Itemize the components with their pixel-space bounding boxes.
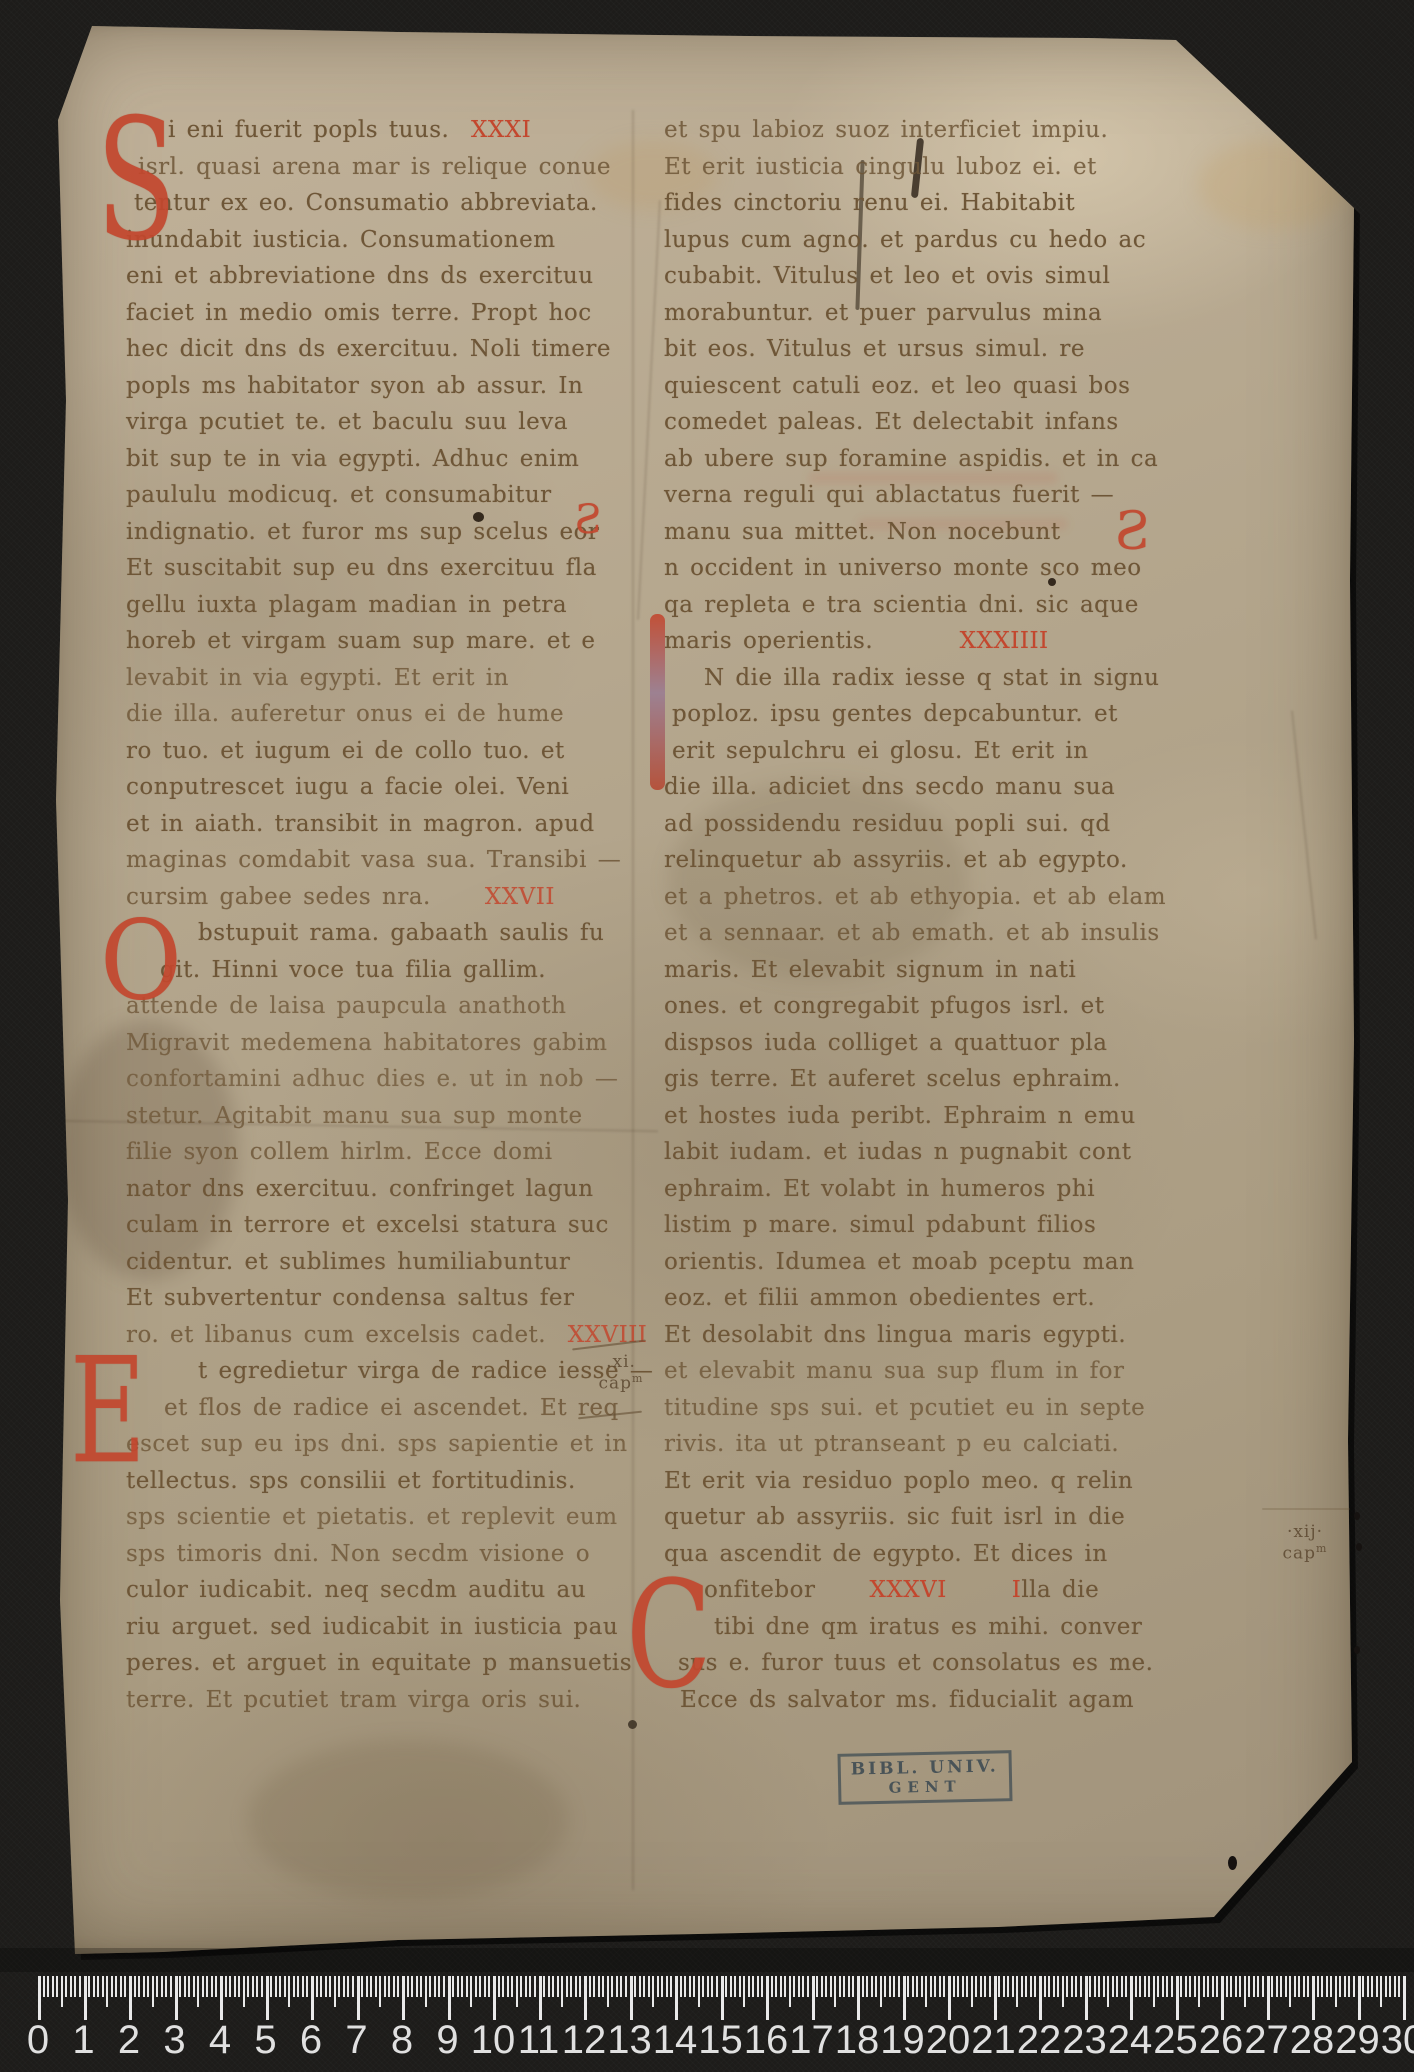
- ruler-tick-mm: [1053, 1976, 1055, 1997]
- ruler-tick-mm: [848, 1976, 850, 1997]
- ruler-tick-mm: [834, 1976, 836, 2007]
- ruler-tick-mm: [839, 1976, 841, 1997]
- ruler-tick-mm: [707, 1976, 709, 1997]
- ruler-tick-mm: [1321, 1976, 1323, 1997]
- ruler-tick-mm: [1262, 1976, 1264, 1997]
- ruler-tick-mm: [407, 1976, 409, 1997]
- ruler-tick-mm: [543, 1976, 545, 1997]
- ruler-tick-cm: [1130, 1976, 1133, 2020]
- ruler-number: 1: [72, 2018, 94, 2063]
- ruler-number: 24: [1108, 2018, 1153, 2063]
- ruler-number: 8: [391, 2018, 413, 2063]
- ruler-tick-mm: [525, 1976, 527, 1997]
- ruler-tick-mm: [211, 1976, 213, 1997]
- ruler-tick-mm: [384, 1976, 386, 1997]
- ruler-tick-mm: [1025, 1976, 1027, 1997]
- ruler-tick-cm: [721, 1976, 724, 2020]
- ruler-number: 10: [471, 2018, 516, 2063]
- ruler-tick-mm: [771, 1976, 773, 1997]
- ruler-tick-mm: [370, 1976, 372, 1997]
- ruler-tick-cm: [311, 1976, 314, 2020]
- ruler-tick-mm: [106, 1976, 108, 2007]
- ruler-tick-mm: [843, 1976, 845, 1997]
- ruler-tick-mm: [593, 1976, 595, 1997]
- ruler-tick-mm: [748, 1976, 750, 1997]
- ruler-tick-mm: [953, 1976, 955, 1997]
- ruler-tick-mm: [962, 1976, 964, 1997]
- ruler-tick-cm: [994, 1976, 997, 2020]
- ruler-tick-mm: [925, 1976, 927, 2007]
- ruler-tick-mm: [229, 1976, 231, 1997]
- ruler-tick-mm: [520, 1976, 522, 1997]
- ruler-tick-mm: [206, 1976, 208, 1997]
- ruler-tick-mm: [1344, 1976, 1346, 1997]
- ruler-tick-mm: [711, 1976, 713, 1997]
- ruler-tick-mm: [1075, 1976, 1077, 1997]
- ruler-tick-mm: [570, 1976, 572, 1997]
- ruler-tick-mm: [1125, 1976, 1127, 1997]
- ruler-tick-mm: [293, 1976, 295, 1997]
- ruler-number: 28: [1290, 2018, 1335, 2063]
- ruler-tick-mm: [466, 1976, 468, 1997]
- ruler-tick-mm: [657, 1976, 659, 1997]
- ruler-number: 29: [1335, 2018, 1380, 2063]
- ruler-tick-cm: [1358, 1976, 1361, 2020]
- ruler-tick-mm: [147, 1976, 149, 1997]
- ruler-tick-mm: [197, 1976, 199, 2007]
- ruler-tick-mm: [479, 1976, 481, 1997]
- ruler-tick-mm: [1376, 1976, 1378, 1997]
- ruler-tick-mm: [1271, 1976, 1273, 1997]
- ruler-tick-mm: [579, 1976, 581, 1997]
- ruler-tick-cm: [493, 1976, 496, 2020]
- ruler-tick-cm: [1267, 1976, 1270, 2020]
- ruler-number: 11: [518, 2018, 560, 2063]
- ruler-tick-mm: [793, 1976, 795, 1997]
- ruler-tick-mm: [1185, 1976, 1187, 1997]
- ruler-tick-mm: [152, 1976, 154, 2007]
- ruler-tick-mm: [739, 1976, 741, 1997]
- ruler-tick-mm: [161, 1976, 163, 1997]
- ruler-tick-mm: [438, 1976, 440, 1997]
- ruler-tick-mm: [784, 1976, 786, 1997]
- ruler-tick-mm: [225, 1976, 227, 1997]
- ruler-tick-mm: [452, 1976, 454, 1997]
- ruler-number: 13: [607, 2018, 652, 2063]
- ruler-tick-mm: [320, 1976, 322, 1997]
- ruler-tick-mm: [1094, 1976, 1096, 1997]
- ruler-tick-mm: [420, 1976, 422, 1997]
- ruler: 0123456789101112131415161718192021222324…: [0, 0, 1414, 2072]
- ruler-tick-mm: [607, 1976, 609, 2007]
- ruler-tick-mm: [1367, 1976, 1369, 1997]
- ruler-tick-mm: [1071, 1976, 1073, 1997]
- ruler-tick-mm: [716, 1976, 718, 1997]
- ruler-tick-mm: [411, 1976, 413, 1997]
- ruler-tick-mm: [379, 1976, 381, 2007]
- ruler-tick-mm: [930, 1976, 932, 1997]
- ruler-tick-mm: [757, 1976, 759, 1997]
- ruler-tick-cm: [448, 1976, 451, 2020]
- ruler-tick-mm: [862, 1976, 864, 1997]
- ruler-tick-mm: [488, 1976, 490, 1997]
- ruler-tick-cm: [38, 1976, 41, 2020]
- ruler-tick-mm: [639, 1976, 641, 1997]
- ruler-tick-mm: [966, 1976, 968, 1997]
- ruler-tick-mm: [1326, 1976, 1328, 1997]
- ruler-tick-cm: [1085, 1976, 1088, 2020]
- ruler-tick-mm: [939, 1976, 941, 1997]
- ruler-tick-mm: [1285, 1976, 1287, 1997]
- ruler-tick-mm: [1203, 1976, 1205, 1997]
- ruler-tick-mm: [698, 1976, 700, 2007]
- ruler-tick-mm: [1317, 1976, 1319, 1997]
- ruler-tick-mm: [215, 1976, 217, 1997]
- ruler-tick-mm: [1335, 1976, 1337, 2007]
- ruler-tick-mm: [1062, 1976, 1064, 2007]
- ruler-tick-mm: [179, 1976, 181, 1997]
- ruler-tick-mm: [47, 1976, 49, 1997]
- ruler-tick-mm: [1253, 1976, 1255, 1997]
- ruler-tick-cm: [266, 1976, 269, 2020]
- ruler-tick-mm: [279, 1976, 281, 1997]
- ruler-tick-mm: [366, 1976, 368, 1997]
- ruler-tick-mm: [866, 1976, 868, 1997]
- ruler-tick-mm: [243, 1976, 245, 2007]
- ruler-tick-mm: [1348, 1976, 1350, 1997]
- ruler-tick-cm: [1221, 1976, 1224, 2020]
- ruler-tick-mm: [1048, 1976, 1050, 1997]
- ruler-tick-mm: [693, 1976, 695, 1997]
- ruler-tick-mm: [761, 1976, 763, 1997]
- ruler-tick-mm: [893, 1976, 895, 1997]
- ruler-tick-mm: [70, 1976, 72, 1997]
- ruler-tick-mm: [188, 1976, 190, 1997]
- ruler-number: 0: [27, 2018, 49, 2063]
- ruler-number: 14: [653, 2018, 698, 2063]
- ruler-tick-mm: [680, 1976, 682, 1997]
- ruler-tick-mm: [1207, 1976, 1209, 1997]
- ruler-tick-mm: [284, 1976, 286, 1997]
- ruler-number: 9: [436, 2018, 458, 2063]
- ruler-tick-mm: [821, 1976, 823, 1997]
- ruler-number: 23: [1062, 2018, 1107, 2063]
- ruler-tick-mm: [1030, 1976, 1032, 1997]
- ruler-tick-mm: [907, 1976, 909, 1997]
- ruler-tick-mm: [1021, 1976, 1023, 1997]
- ruler-tick-mm: [134, 1976, 136, 1997]
- ruler-tick-mm: [507, 1976, 509, 1997]
- ruler-tick-mm: [1294, 1976, 1296, 1997]
- ruler-tick-mm: [156, 1976, 158, 1997]
- ruler-tick-mm: [270, 1976, 272, 1997]
- ruler-tick-mm: [234, 1976, 236, 1997]
- ruler-tick-mm: [1371, 1976, 1373, 1997]
- ruler-number: 3: [163, 2018, 185, 2063]
- ruler-tick-cm: [812, 1976, 815, 2020]
- ruler-tick-mm: [74, 1976, 76, 1997]
- ruler-tick-mm: [238, 1976, 240, 1997]
- ruler-tick-mm: [1230, 1976, 1232, 1997]
- ruler-tick-mm: [470, 1976, 472, 2007]
- ruler-tick-mm: [1116, 1976, 1118, 1997]
- ruler-tick-mm: [971, 1976, 973, 2007]
- ruler-tick-mm: [1153, 1976, 1155, 2007]
- ruler-tick-mm: [165, 1976, 167, 1997]
- ruler-tick-mm: [689, 1976, 691, 1997]
- ruler-tick-cm: [675, 1976, 678, 2020]
- ruler-number: 6: [300, 2018, 322, 2063]
- ruler-tick-cm: [220, 1976, 223, 2020]
- ruler-tick-mm: [516, 1976, 518, 2007]
- ruler-tick-mm: [56, 1976, 58, 1997]
- ruler-tick-mm: [457, 1976, 459, 1997]
- ruler-tick-mm: [306, 1976, 308, 1997]
- ruler-tick-mm: [943, 1976, 945, 1997]
- ruler-tick-mm: [484, 1976, 486, 1997]
- ruler-number: 17: [789, 2018, 834, 2063]
- ruler-tick-mm: [1212, 1976, 1214, 1997]
- ruler-tick-mm: [1007, 1976, 1009, 1997]
- ruler-number: 26: [1199, 2018, 1244, 2063]
- ruler-number: 7: [345, 2018, 367, 2063]
- ruler-tick-mm: [1003, 1976, 1005, 1997]
- ruler-tick-mm: [1189, 1976, 1191, 1997]
- ruler-tick-mm: [1089, 1976, 1091, 1997]
- ruler-tick-cm: [402, 1976, 405, 2020]
- ruler-tick-mm: [97, 1976, 99, 1997]
- ruler-tick-mm: [1144, 1976, 1146, 1997]
- ruler-tick-mm: [780, 1976, 782, 1997]
- ruler-tick-mm: [120, 1976, 122, 1997]
- photo-background: i eni fuerit popls tuus. XXXIisrl. quasi…: [0, 0, 1414, 2072]
- ruler-tick-mm: [625, 1976, 627, 1997]
- ruler-number: 22: [1017, 2018, 1062, 2063]
- ruler-tick-mm: [643, 1976, 645, 1997]
- ruler-tick-mm: [302, 1976, 304, 1997]
- ruler-tick-mm: [498, 1976, 500, 1997]
- ruler-tick-mm: [980, 1976, 982, 1997]
- ruler-tick-mm: [193, 1976, 195, 1997]
- ruler-tick-mm: [1257, 1976, 1259, 1997]
- ruler-tick-mm: [816, 1976, 818, 1997]
- ruler-tick-mm: [620, 1976, 622, 1997]
- ruler-tick-mm: [734, 1976, 736, 1997]
- ruler-tick-mm: [798, 1976, 800, 1997]
- ruler-tick-mm: [502, 1976, 504, 1997]
- ruler-tick-mm: [1226, 1976, 1228, 1997]
- ruler-tick-mm: [529, 1976, 531, 1997]
- ruler-tick-mm: [775, 1976, 777, 1997]
- ruler-tick-mm: [802, 1976, 804, 1997]
- ruler-tick-mm: [611, 1976, 613, 1997]
- ruler-tick-mm: [1016, 1976, 1018, 2007]
- ruler-tick-mm: [561, 1976, 563, 2007]
- ruler-tick-mm: [1180, 1976, 1182, 1997]
- ruler-tick-mm: [1389, 1976, 1391, 1997]
- ruler-tick-mm: [1276, 1976, 1278, 1997]
- ruler-tick-mm: [1034, 1976, 1036, 1997]
- ruler-tick-mm: [102, 1976, 104, 1997]
- ruler-number: 15: [698, 2018, 743, 2063]
- ruler-number: 18: [835, 2018, 880, 2063]
- ruler-tick-mm: [1198, 1976, 1200, 2007]
- ruler-tick-mm: [65, 1976, 67, 1997]
- ruler-tick-mm: [666, 1976, 668, 1997]
- ruler-tick-mm: [170, 1976, 172, 1997]
- ruler-tick-mm: [575, 1976, 577, 1997]
- ruler-tick-mm: [921, 1976, 923, 1997]
- ruler-tick-mm: [1339, 1976, 1341, 1997]
- ruler-tick-mm: [297, 1976, 299, 1997]
- ruler-tick-mm: [1244, 1976, 1246, 2007]
- ruler-tick-mm: [616, 1976, 618, 1997]
- ruler-tick-mm: [1080, 1976, 1082, 1997]
- ruler-tick-mm: [884, 1976, 886, 1997]
- ruler-tick-mm: [1098, 1976, 1100, 1997]
- ruler-tick-mm: [334, 1976, 336, 2007]
- ruler-tick-cm: [584, 1976, 587, 2020]
- ruler-tick-mm: [184, 1976, 186, 1997]
- ruler-tick-mm: [752, 1976, 754, 1997]
- ruler-tick-mm: [789, 1976, 791, 2007]
- ruler-tick-mm: [589, 1976, 591, 1997]
- ruler-tick-mm: [912, 1976, 914, 1997]
- ruler-tick-mm: [1248, 1976, 1250, 1997]
- ruler-tick-mm: [252, 1976, 254, 1997]
- ruler-tick-mm: [202, 1976, 204, 1997]
- ruler-tick-mm: [343, 1976, 345, 1997]
- ruler-tick-mm: [598, 1976, 600, 1997]
- ruler-number: 20: [926, 2018, 971, 2063]
- ruler-tick-mm: [1139, 1976, 1141, 1997]
- ruler-tick-mm: [957, 1976, 959, 1997]
- ruler-tick-mm: [1330, 1976, 1332, 1997]
- ruler-tick-mm: [111, 1976, 113, 1997]
- ruler-tick-mm: [475, 1976, 477, 1997]
- ruler-tick-mm: [511, 1976, 513, 1997]
- ruler-tick-mm: [1194, 1976, 1196, 1997]
- ruler-tick-mm: [1303, 1976, 1305, 1997]
- ruler-number: 5: [254, 2018, 276, 2063]
- ruler-tick-mm: [375, 1976, 377, 1997]
- ruler-number: 21: [971, 2018, 1016, 2063]
- ruler-tick-mm: [143, 1976, 145, 1997]
- ruler-tick-mm: [552, 1976, 554, 1997]
- ruler-tick-cm: [1403, 1976, 1406, 2020]
- ruler-tick-cm: [766, 1976, 769, 2020]
- ruler-number: 4: [209, 2018, 231, 2063]
- ruler-tick-mm: [998, 1976, 1000, 1997]
- ruler-tick-mm: [880, 1976, 882, 2007]
- ruler-tick-mm: [138, 1976, 140, 1997]
- ruler-tick-mm: [852, 1976, 854, 1997]
- ruler-tick-mm: [916, 1976, 918, 1997]
- ruler-tick-mm: [743, 1976, 745, 2007]
- ruler-tick-mm: [52, 1976, 54, 1997]
- ruler-tick-mm: [1280, 1976, 1282, 1997]
- ruler-tick-mm: [1166, 1976, 1168, 1997]
- ruler-tick-mm: [725, 1976, 727, 1997]
- ruler-tick-mm: [443, 1976, 445, 1997]
- ruler-tick-mm: [1235, 1976, 1237, 1997]
- ruler-tick-mm: [338, 1976, 340, 1997]
- ruler-number: 12: [562, 2018, 607, 2063]
- ruler-tick-mm: [557, 1976, 559, 1997]
- ruler-tick-cm: [129, 1976, 132, 2020]
- ruler-tick-mm: [316, 1976, 318, 1997]
- ruler-tick-mm: [652, 1976, 654, 2007]
- ruler-tick-cm: [84, 1976, 87, 2020]
- ruler-tick-mm: [352, 1976, 354, 1997]
- ruler-tick-mm: [1103, 1976, 1105, 1997]
- ruler-tick-mm: [43, 1976, 45, 1997]
- ruler-tick-mm: [975, 1976, 977, 1997]
- ruler-tick-mm: [93, 1976, 95, 1997]
- ruler-tick-mm: [1362, 1976, 1364, 1997]
- ruler-tick-mm: [247, 1976, 249, 1997]
- ruler-tick-mm: [1385, 1976, 1387, 1997]
- ruler-tick-mm: [1307, 1976, 1309, 1997]
- ruler-tick-mm: [275, 1976, 277, 1997]
- ruler-tick-mm: [702, 1976, 704, 1997]
- ruler-tick-mm: [875, 1976, 877, 1997]
- ruler-number: 2: [118, 2018, 140, 2063]
- ruler-tick-cm: [539, 1976, 542, 2020]
- ruler-tick-mm: [1066, 1976, 1068, 1997]
- ruler-tick-mm: [1289, 1976, 1291, 2007]
- ruler-tick-mm: [1057, 1976, 1059, 1997]
- ruler-tick-mm: [1398, 1976, 1400, 1997]
- ruler-tick-mm: [602, 1976, 604, 1997]
- ruler-tick-mm: [825, 1976, 827, 1997]
- ruler-tick-mm: [534, 1976, 536, 1997]
- ruler-tick-mm: [1107, 1976, 1109, 2007]
- ruler-tick-mm: [684, 1976, 686, 1997]
- ruler-number: 25: [1153, 2018, 1198, 2063]
- ruler-tick-cm: [175, 1976, 178, 2020]
- ruler-number: 27: [1244, 2018, 1289, 2063]
- ruler-tick-mm: [1157, 1976, 1159, 1997]
- ruler-tick-mm: [1298, 1976, 1300, 1997]
- ruler-tick-mm: [256, 1976, 258, 1997]
- ruler-tick-mm: [807, 1976, 809, 1997]
- ruler-tick-cm: [1039, 1976, 1042, 2020]
- ruler-tick-mm: [1216, 1976, 1218, 1997]
- ruler-tick-mm: [984, 1976, 986, 1997]
- ruler-number: 19: [880, 2018, 925, 2063]
- ruler-number: 30: [1381, 2018, 1414, 2063]
- ruler-tick-mm: [461, 1976, 463, 1997]
- ruler-tick-cm: [948, 1976, 951, 2020]
- ruler-tick-mm: [989, 1976, 991, 1997]
- ruler-tick-mm: [393, 1976, 395, 1997]
- ruler-tick-cm: [357, 1976, 360, 2020]
- ruler-tick-mm: [661, 1976, 663, 1997]
- ruler-tick-mm: [1112, 1976, 1114, 1997]
- ruler-tick-mm: [1162, 1976, 1164, 1997]
- ruler-tick-mm: [1044, 1976, 1046, 1997]
- ruler-tick-mm: [88, 1976, 90, 1997]
- ruler-tick-mm: [566, 1976, 568, 1997]
- ruler-tick-mm: [1171, 1976, 1173, 1997]
- ruler-tick-mm: [388, 1976, 390, 1997]
- ruler-tick-cm: [903, 1976, 906, 2020]
- ruler-tick-mm: [934, 1976, 936, 1997]
- ruler-tick-mm: [898, 1976, 900, 1997]
- ruler-tick-mm: [115, 1976, 117, 1997]
- ruler-tick-cm: [1312, 1976, 1315, 2020]
